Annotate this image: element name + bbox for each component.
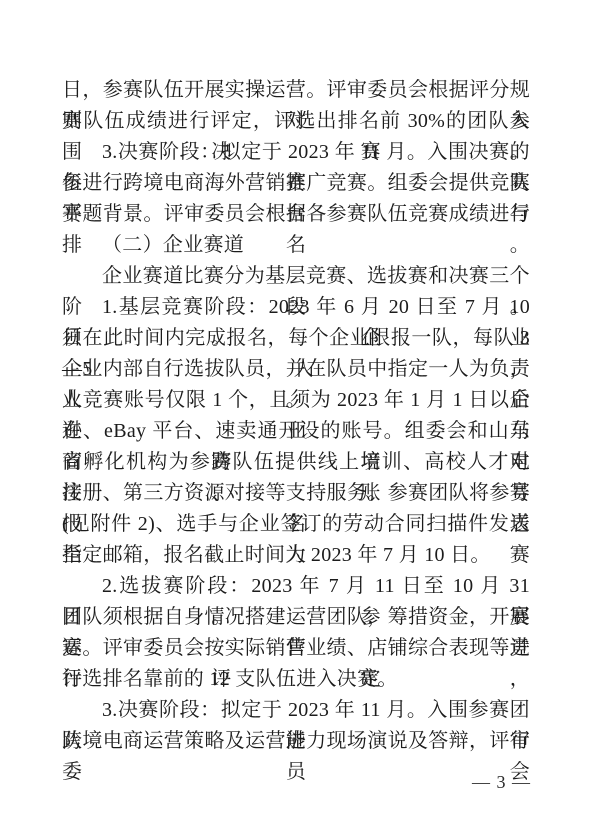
text-line: 赛队伍成绩进行评定，评选出排名前 30%的团队入围决赛。: [62, 106, 530, 137]
document-body: 日，参赛队伍开展实操运营。评审委员会根据评分规则对参赛队伍成绩进行评定，评选出排…: [62, 75, 530, 757]
text-line: 业竞赛账号仅限 1 个，且须为 2023 年 1 月 1 日以后在亚马: [62, 385, 530, 416]
text-line: 指定邮箱，报名截止时间为 2023 年 7 月 10 日。: [62, 540, 530, 571]
text-line: 赛题背景。评审委员会根据各参赛队伍竞赛成绩进行排名。: [62, 199, 530, 230]
document-page: 日，参赛队伍开展实操运营。评审委员会根据评分规则对参赛队伍成绩进行评定，评选出排…: [0, 0, 593, 838]
text-line: 日，参赛队伍开展实操运营。评审委员会根据评分规则对参: [62, 75, 530, 106]
text-line: 赛。评审委员会按实际销售业绩、店铺综合表现等进行评定，: [62, 633, 530, 664]
text-line: 须在此时间内完成报名，每个企业限报一队，每队 3—5 人，: [62, 323, 530, 354]
text-line: 2.选拔赛阶段：2023 年 7 月 11 日至 10 月 31 日。参赛: [62, 571, 530, 602]
text-line: 企业内部自行选拔队员，并在队员中指定一人为负责人。企: [62, 354, 530, 385]
text-line: 企业赛道比赛分为基层竞赛、选拔赛和决赛三个阶段。: [62, 261, 530, 292]
text-line: 跨境电商运营策略及运营能力现场演说及答辩，评审委员会: [62, 726, 530, 757]
text-line: 商孵化机构为参赛队伍提供线上培训、高校人才对接、账号: [62, 447, 530, 478]
text-line: 1.基层竞赛阶段：2023 年 6 月 20 日至 7 月 10 日。企业: [62, 292, 530, 323]
text-line: 逊、eBay 平台、速卖通开设的账号。组委会和山东省跨境电: [62, 416, 530, 447]
page-number: — 3 —: [472, 770, 531, 794]
text-line: 3.决赛阶段：拟定于 2023 年 11 月。入围决赛的参赛队: [62, 137, 530, 168]
text-line: 注册、第三方资源对接等支持服务。参赛团队将参赛报名表: [62, 478, 530, 509]
text-line: 3.决赛阶段：拟定于 2023 年 11 月。入围参赛团队进行: [62, 695, 530, 726]
text-line: 团队须根据自身情况搭建运营团队，筹措资金，开展运营竞: [62, 602, 530, 633]
text-line: (见附件 2)、选手与企业签订的劳动合同扫描件发送至大赛: [62, 509, 530, 540]
text-line: 伍进行跨境电商海外营销推广竞赛。组委会提供竞赛平台与: [62, 168, 530, 199]
